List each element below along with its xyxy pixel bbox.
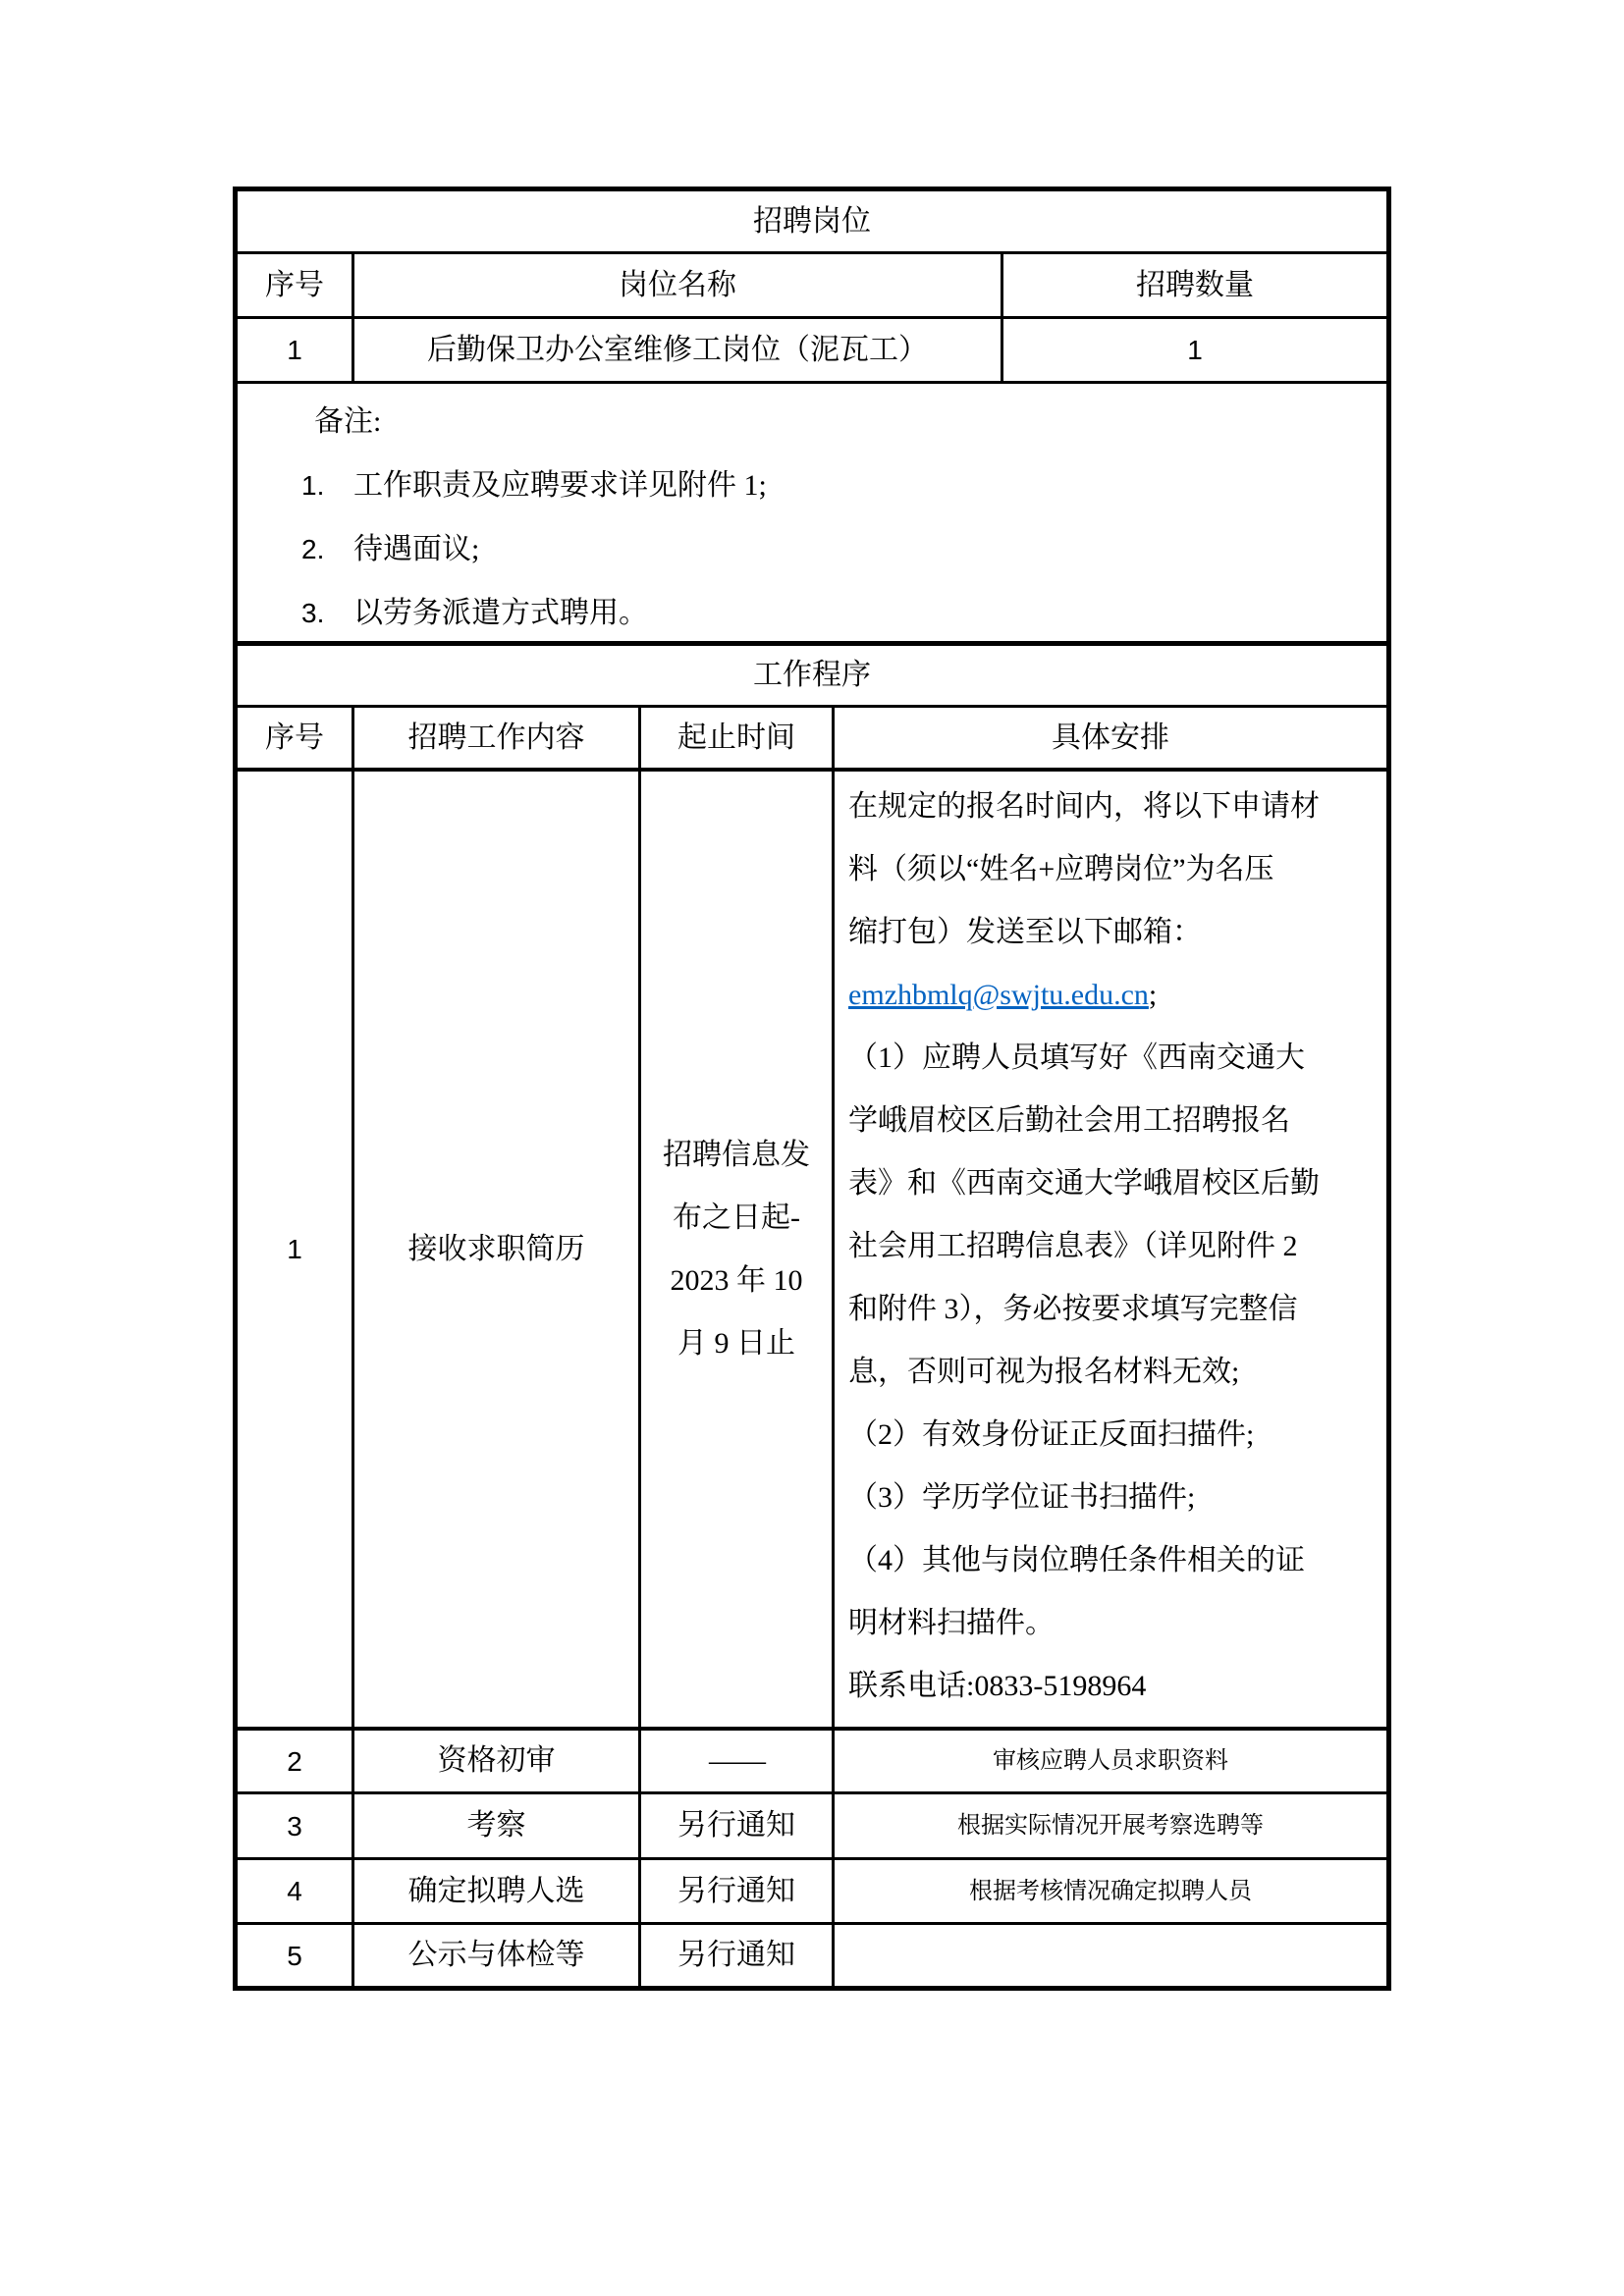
recruit-header-row: 序号 岗位名称 招聘数量 bbox=[238, 251, 1386, 316]
plan-line: （4）其他与岗位聘任条件相关的证 bbox=[848, 1529, 1377, 1592]
procedure-row-4-no: 4 bbox=[238, 1860, 354, 1922]
note-item-3-text: 以劳务派遣方式聘用。 bbox=[353, 597, 648, 629]
procedure-row-2: 2 资格初审 —— 审核应聘人员求职资料 bbox=[238, 1727, 1386, 1791]
notes-label: 备注: bbox=[238, 390, 1386, 454]
recruit-header-no: 序号 bbox=[238, 254, 354, 316]
procedure-row-2-plan: 审核应聘人员求职资料 bbox=[835, 1731, 1386, 1791]
procedure-row-5-task: 公示与体检等 bbox=[354, 1925, 641, 1986]
note-item-3: 3.以劳务派遣方式聘用。 bbox=[238, 581, 1386, 641]
procedure-row-5-time: 另行通知 bbox=[641, 1925, 835, 1986]
procedure-row-1: 1 接收求职简历 招聘信息发 布之日起- 2023 年 10 月 9 日止 在规… bbox=[238, 768, 1386, 1727]
recruit-header-count: 招聘数量 bbox=[1003, 254, 1386, 316]
procedure-row-5-plan bbox=[835, 1925, 1386, 1986]
procedure-header-plan: 具体安排 bbox=[835, 708, 1386, 768]
procedure-title: 工作程序 bbox=[238, 646, 1386, 705]
time-line: 布之日起- bbox=[673, 1187, 800, 1250]
note-item-1-text: 工作职责及应聘要求详见附件 1; bbox=[353, 469, 767, 502]
procedure-row-2-no: 2 bbox=[238, 1731, 354, 1791]
plan-line: 息，否则可视为报名材料无效; bbox=[848, 1341, 1377, 1404]
procedure-row-1-task: 接收求职简历 bbox=[354, 772, 641, 1727]
procedure-header-row: 序号 招聘工作内容 起止时间 具体安排 bbox=[238, 705, 1386, 768]
recruit-row-position-name: 后勤保卫办公室维修工岗位（泥瓦工） bbox=[354, 319, 1003, 381]
document-page: 招聘岗位 序号 岗位名称 招聘数量 1 后勤保卫办公室维修工岗位（泥瓦工） 1 … bbox=[0, 0, 1624, 2296]
plan-line: 在规定的报名时间内，将以下申请材 bbox=[848, 775, 1377, 838]
procedure-row-4-task: 确定拟聘人选 bbox=[354, 1860, 641, 1922]
note-item-1-number: 1. bbox=[301, 454, 353, 517]
recruit-data-row: 1 后勤保卫办公室维修工岗位（泥瓦工） 1 bbox=[238, 316, 1386, 381]
procedure-row-4: 4 确定拟聘人选 另行通知 根据考核情况确定拟聘人员 bbox=[238, 1857, 1386, 1922]
notes-cell: 备注: 1.工作职责及应聘要求详见附件 1; 2.待遇面议; 3.以劳务派遣方式… bbox=[238, 384, 1386, 641]
recruit-title-row: 招聘岗位 bbox=[238, 191, 1386, 251]
plan-line: 和附件 3），务必按要求填写完整信 bbox=[848, 1278, 1377, 1341]
recruitment-table: 招聘岗位 序号 岗位名称 招聘数量 1 后勤保卫办公室维修工岗位（泥瓦工） 1 … bbox=[233, 187, 1391, 1991]
recruit-header-name: 岗位名称 bbox=[354, 254, 1003, 316]
time-line: 月 9 日止 bbox=[677, 1312, 795, 1375]
email-link[interactable]: emzhbmlq@swjtu.edu.cn bbox=[848, 979, 1149, 1011]
plan-line: （3）学历学位证书扫描件; bbox=[848, 1467, 1377, 1529]
procedure-row-3-time: 另行通知 bbox=[641, 1794, 835, 1857]
plan-line: 表》和《西南交通大学峨眉校区后勤 bbox=[848, 1152, 1377, 1215]
note-item-2-text: 待遇面议; bbox=[353, 533, 479, 565]
time-line: 招聘信息发 bbox=[663, 1124, 810, 1187]
recruit-title: 招聘岗位 bbox=[238, 191, 1386, 251]
procedure-row-1-no: 1 bbox=[238, 772, 354, 1727]
procedure-row-1-time: 招聘信息发 布之日起- 2023 年 10 月 9 日止 bbox=[641, 772, 835, 1727]
note-item-2-number: 2. bbox=[301, 517, 353, 581]
procedure-header-task: 招聘工作内容 bbox=[354, 708, 641, 768]
email-suffix: ; bbox=[1149, 979, 1157, 1011]
plan-email-line: emzhbmlq@swjtu.edu.cn; bbox=[848, 964, 1377, 1027]
recruit-row-no: 1 bbox=[238, 319, 354, 381]
procedure-row-1-plan: 在规定的报名时间内，将以下申请材 料（须以“姓名+应聘岗位”为名压 缩打包）发送… bbox=[835, 772, 1386, 1727]
procedure-header-no: 序号 bbox=[238, 708, 354, 768]
procedure-row-5-no: 5 bbox=[238, 1925, 354, 1986]
plan-line: 缩打包）发送至以下邮箱： bbox=[848, 901, 1377, 964]
procedure-header-time: 起止时间 bbox=[641, 708, 835, 768]
recruit-row-count: 1 bbox=[1003, 319, 1386, 381]
procedure-row-4-plan: 根据考核情况确定拟聘人员 bbox=[835, 1860, 1386, 1922]
procedure-title-row: 工作程序 bbox=[238, 641, 1386, 705]
plan-line: （2）有效身份证正反面扫描件; bbox=[848, 1404, 1377, 1467]
procedure-row-3-plan: 根据实际情况开展考察选聘等 bbox=[835, 1794, 1386, 1857]
procedure-row-3-task: 考察 bbox=[354, 1794, 641, 1857]
plan-line: 联系电话:0833-5198964 bbox=[848, 1655, 1377, 1718]
note-item-3-number: 3. bbox=[301, 581, 353, 641]
procedure-row-3-no: 3 bbox=[238, 1794, 354, 1857]
plan-line: 社会用工招聘信息表》（详见附件 2 bbox=[848, 1215, 1377, 1278]
procedure-row-3: 3 考察 另行通知 根据实际情况开展考察选聘等 bbox=[238, 1791, 1386, 1857]
plan-line: 料（须以“姓名+应聘岗位”为名压 bbox=[848, 838, 1377, 901]
plan-line: （1）应聘人员填写好《西南交通大 bbox=[848, 1027, 1377, 1090]
plan-line: 学峨眉校区后勤社会用工招聘报名 bbox=[848, 1090, 1377, 1152]
procedure-row-4-time: 另行通知 bbox=[641, 1860, 835, 1922]
note-item-2: 2.待遇面议; bbox=[238, 517, 1386, 581]
procedure-row-2-time: —— bbox=[641, 1731, 835, 1791]
time-line: 2023 年 10 bbox=[671, 1250, 803, 1312]
note-item-1: 1.工作职责及应聘要求详见附件 1; bbox=[238, 454, 1386, 517]
plan-line: 明材料扫描件。 bbox=[848, 1592, 1377, 1655]
procedure-row-5: 5 公示与体检等 另行通知 bbox=[238, 1922, 1386, 1986]
notes-row: 备注: 1.工作职责及应聘要求详见附件 1; 2.待遇面议; 3.以劳务派遣方式… bbox=[238, 381, 1386, 641]
procedure-row-2-task: 资格初审 bbox=[354, 1731, 641, 1791]
